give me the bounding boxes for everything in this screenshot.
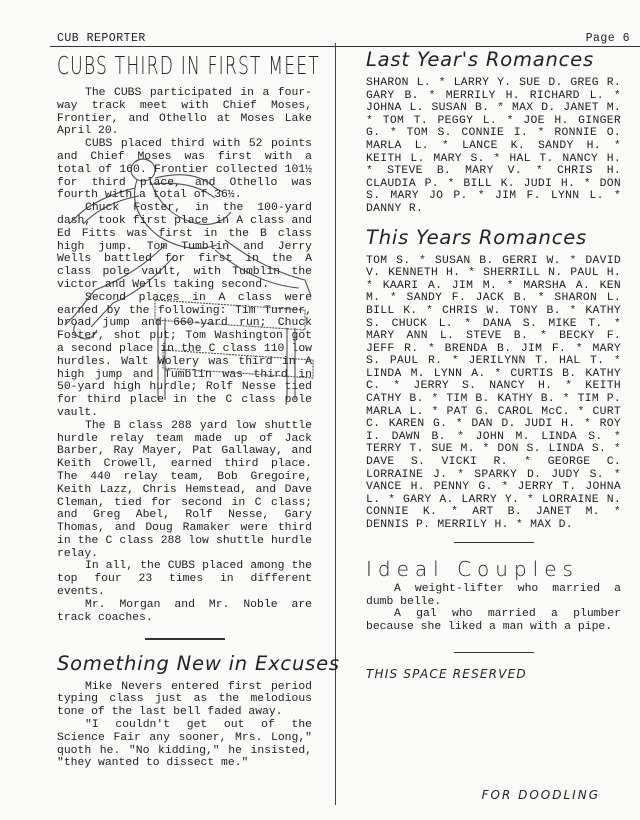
ideal-couples-headline: Ideal Couples [366, 557, 621, 581]
reserved-space-line1: THIS SPACE RESERVED [366, 667, 621, 681]
section-rule [454, 542, 534, 543]
paragraph: The B class 288 yard low shuttle hurdle … [57, 420, 312, 561]
paragraph: Mr. Morgan and Mr. Noble are track coach… [57, 599, 312, 625]
page-header: CUB REPORTER Page 6 [50, 32, 640, 47]
paragraph: "I couldn't get out of the Science Fair … [57, 719, 312, 770]
this-year-names-list: TOM S. * SUSAN B. GERRI W. * DAVID V. KE… [366, 255, 621, 532]
section-rule [454, 652, 534, 653]
section-rule [145, 638, 225, 639]
paragraph: CUBS placed third with 52 points and Chi… [57, 138, 312, 202]
right-column: Last Year's Romances SHARON L. * LARRY Y… [366, 46, 621, 681]
paragraph: In all, the CUBS placed among the top fo… [57, 560, 312, 598]
ideal-couples-article: A weight-lifter who married a dumb belle… [366, 583, 621, 634]
left-column: CUBS THIRD IN FIRST MEET The CUBS partic… [57, 48, 312, 770]
last-year-names-list: SHARON L. * LARRY Y. SUE D. GREG R. GARY… [366, 77, 621, 216]
track-meet-headline: CUBS THIRD IN FIRST MEET [57, 52, 256, 81]
excuses-headline: Something New in Excuses [57, 652, 312, 675]
publication-name: CUB REPORTER [57, 32, 146, 45]
paragraph: Mike Nevers entered first period typing … [57, 681, 312, 719]
page-number: Page 6 [586, 32, 630, 45]
paragraph: Second places in A class were earned by … [57, 292, 312, 420]
last-year-romances-headline: Last Year's Romances [366, 48, 621, 71]
excuses-article: Mike Nevers entered first period typing … [57, 681, 312, 771]
reserved-space-line2: FOR DOODLING [482, 788, 600, 802]
column-divider [335, 43, 336, 805]
paragraph: Chuck Foster, in the 100-yard dash, took… [57, 202, 312, 292]
paragraph: A weight-lifter who married a dumb belle… [366, 583, 621, 609]
paragraph: The CUBS participated in a four-way trac… [57, 87, 312, 138]
paragraph: A gal who married a plumber because she … [366, 608, 621, 634]
track-meet-article: The CUBS participated in a four-way trac… [57, 87, 312, 624]
this-year-romances-headline: This Years Romances [366, 226, 621, 249]
